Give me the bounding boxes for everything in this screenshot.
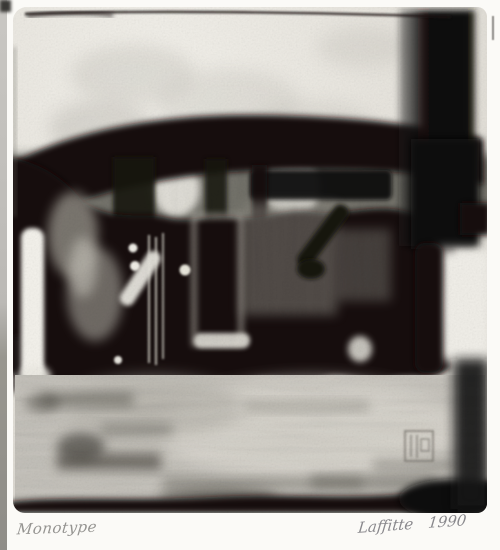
artist-signature: Laffitte 1990 — [357, 511, 467, 537]
monotype-composition — [13, 7, 487, 513]
signature-name: Laffitte — [357, 515, 414, 537]
paper-edge-tick — [492, 16, 494, 40]
scanner-edge-strip — [0, 0, 7, 550]
medium-caption: Monotype — [16, 518, 98, 539]
scan-corner-mark — [0, 0, 11, 12]
signature-year: 1990 — [427, 511, 467, 532]
texture-noise — [13, 7, 487, 513]
scanned-artwork-page: Monotype Laffitte 1990 — [0, 0, 500, 550]
monotype-print — [13, 7, 487, 513]
